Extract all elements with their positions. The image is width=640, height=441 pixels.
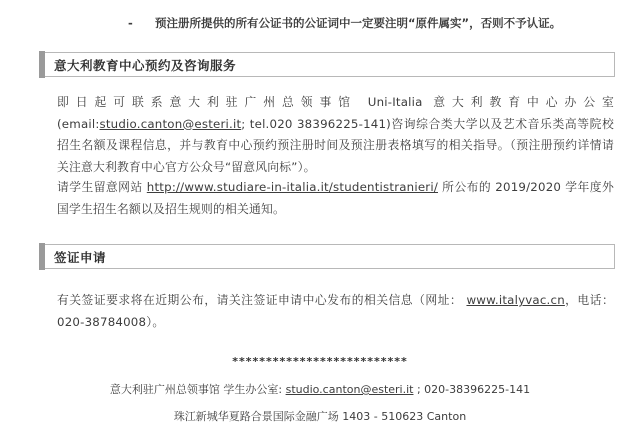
header-accent-bar xyxy=(39,51,45,78)
document-page: - 预注册所提供的所有公证书的公证词中一定要注明“原件属实”，否则不予认证。 意… xyxy=(0,0,640,441)
section-title-education-center: 意大利教育中心预约及咨询服务 xyxy=(45,56,236,74)
email-link-studio-canton[interactable]: studio.canton@esteri.it xyxy=(100,117,242,131)
notice-line: - 预注册所提供的所有公证书的公证词中一定要注明“原件属实”，否则不予认证。 xyxy=(128,13,598,33)
footer-contact-line: 意大利驻广州总领事馆 学生办公室: studio.canton@esteri.i… xyxy=(0,381,640,397)
footer-email-link[interactable]: studio.canton@esteri.it xyxy=(286,383,414,396)
asterisk-divider: ************************** xyxy=(0,355,640,368)
notice-text: 预注册所提供的所有公证书的公证词中一定要注明“原件属实”，否则不予认证。 xyxy=(155,13,561,33)
paragraph-consultation: 即日起可联系意大利驻广州总领事馆 Uni-Italia 意大利教育中心办公室(e… xyxy=(57,92,614,178)
section-header-education-center: 意大利教育中心预约及咨询服务 xyxy=(44,52,615,77)
paragraph-website-notice: 请学生留意网站 http://www.studiare-in-italia.it… xyxy=(57,177,614,220)
section-header-visa-application: 签证申请 xyxy=(44,244,615,269)
header-accent-bar xyxy=(39,243,45,270)
studiare-in-italia-link[interactable]: http://www.studiare-in-italia.it/student… xyxy=(147,180,438,194)
italyvac-link[interactable]: www.italyvac.cn xyxy=(466,293,564,307)
para-text-before-link: 有关签证要求将在近期公布，请关注签证申请中心发布的相关信息（网址： xyxy=(57,293,466,307)
para-text-before-link: 请学生留意网站 xyxy=(57,180,147,194)
paragraph-visa-info: 有关签证要求将在近期公布，请关注签证申请中心发布的相关信息（网址： www.it… xyxy=(57,290,614,333)
footer-text-after-email: ; 020-38396225-141 xyxy=(413,383,530,396)
footer-address-line: 珠江新城华夏路合景国际金融广场 1403 - 510623 Canton xyxy=(0,408,640,424)
footer-text-before-email: 意大利驻广州总领事馆 学生办公室: xyxy=(110,383,286,396)
section-title-visa-application: 签证申请 xyxy=(45,248,106,266)
notice-bullet: - xyxy=(128,13,155,33)
